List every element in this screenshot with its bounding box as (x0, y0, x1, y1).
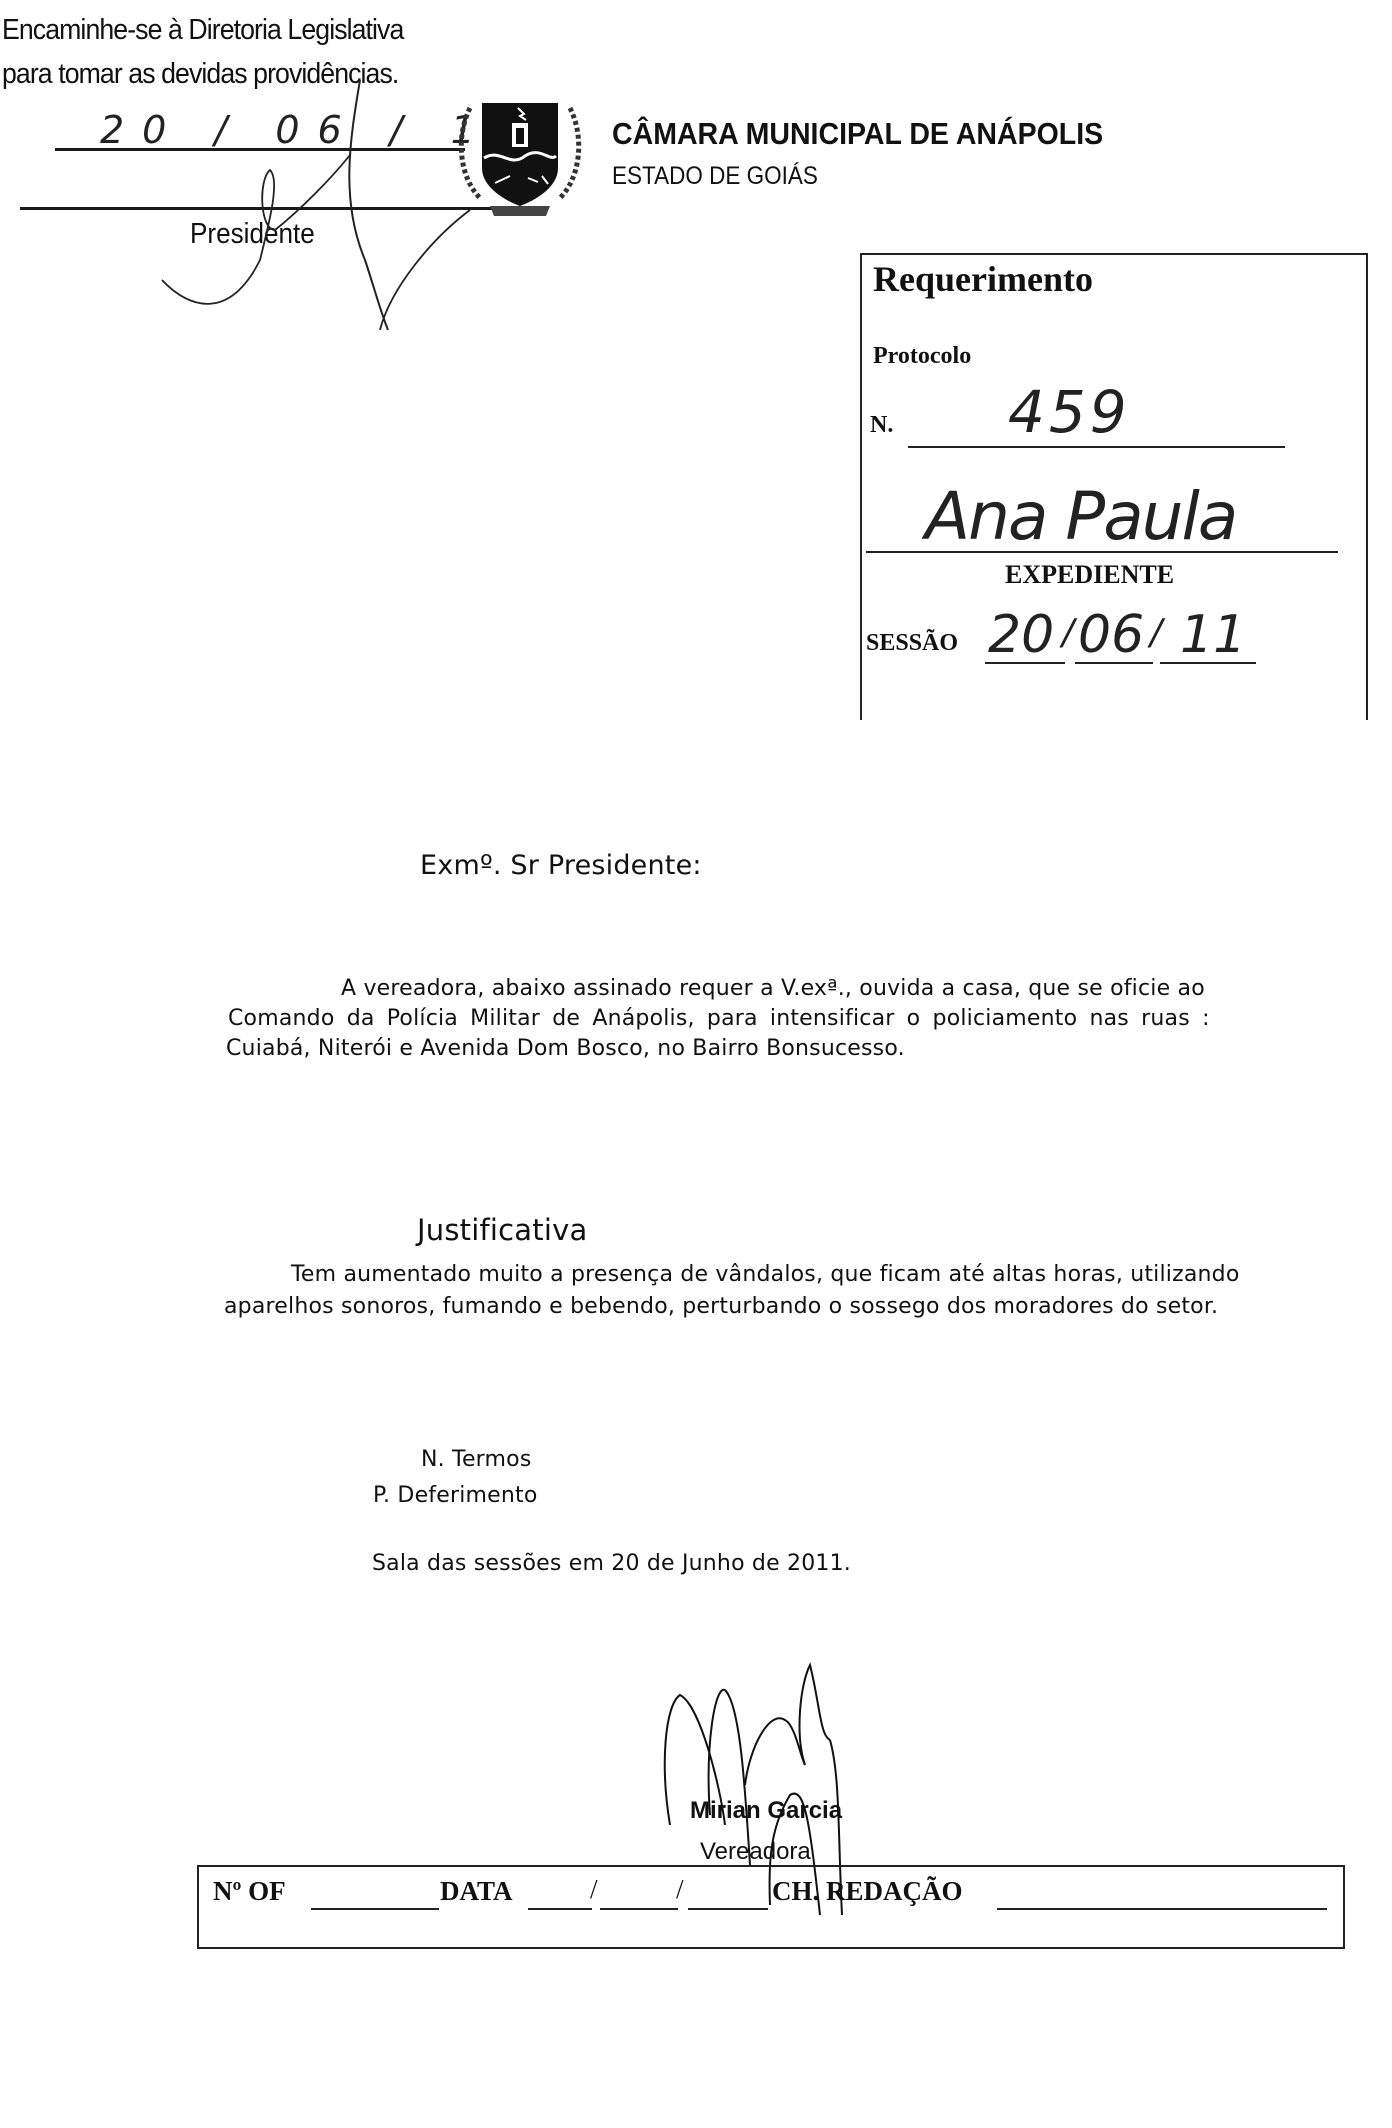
session-label: SESSÃO (866, 630, 958, 657)
justification-heading: Justificativa (417, 1213, 587, 1247)
institution-state: ESTADO DE GOIÁS (612, 162, 818, 191)
signatory-role: Vereadora (700, 1838, 811, 1866)
chief-editor-field (997, 1908, 1327, 1910)
protocol-label: Protocolo (873, 343, 971, 370)
session-separator-1: / (1062, 612, 1074, 653)
request-line-3: Cuiabá, Niterói e Avenida Dom Bosco, no … (226, 1036, 905, 1061)
session-month: 06 (1078, 605, 1144, 665)
session-day: 20 (988, 605, 1054, 665)
signatory-name: Mirian Garcia (690, 1797, 842, 1825)
salutation: Exmº. Sr Presidente: (420, 850, 702, 881)
protocol-number-label: N. (870, 412, 893, 439)
date-year-field (688, 1908, 768, 1910)
dispatch-line-1: Encaminhe-se à Diretoria Legislativa (2, 14, 403, 47)
protocol-box-title: Requerimento (873, 258, 1093, 300)
date-label: DATA (440, 1876, 513, 1907)
protocol-number-value: 459 (1008, 378, 1131, 446)
justification-line-1: Tem aumentado muito a presença de vândal… (291, 1262, 1240, 1287)
date-day-field (528, 1908, 592, 1910)
date-separator-1: / (590, 1874, 598, 1905)
request-line-2: Comando da Polícia Militar de Anápolis, … (228, 1006, 1210, 1031)
chief-editor-label: CH. REDAÇÃO (772, 1876, 963, 1907)
expedient-label: EXPEDIENTE (1005, 560, 1174, 590)
closing-terms: N. Termos (421, 1447, 532, 1472)
session-year: 11 (1180, 605, 1246, 665)
place-date: Sala das sessões em 20 de Junho de 2011. (372, 1551, 851, 1576)
protocol-number-line (908, 446, 1285, 448)
coat-of-arms-icon (450, 78, 590, 218)
justification-line-2: aparelhos sonoros, fumando e bebendo, pe… (224, 1294, 1218, 1319)
office-form-box (197, 1865, 1345, 1949)
closing-deferment: P. Deferimento (373, 1483, 538, 1508)
request-line-1: A vereadora, abaixo assinado requer a V.… (341, 976, 1205, 1001)
date-month-field (600, 1908, 678, 1910)
date-separator-2: / (676, 1874, 684, 1905)
clerk-signature: Ana Paula (925, 478, 1236, 555)
institution-name: CÂMARA MUNICIPAL DE ANÁPOLIS (612, 116, 1103, 152)
session-separator-2: / (1150, 612, 1162, 653)
office-number-label: Nº OF (213, 1876, 286, 1907)
office-number-field (311, 1908, 439, 1910)
president-signature (150, 60, 410, 330)
